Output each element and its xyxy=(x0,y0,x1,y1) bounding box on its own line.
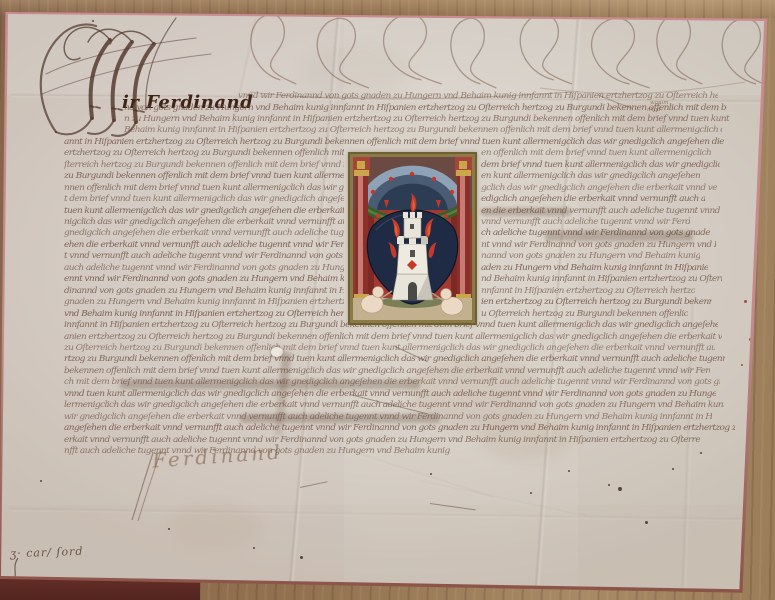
script-line: t dem brief vnnd tuen kunt allermenigcli… xyxy=(64,194,344,205)
ink-spot xyxy=(700,452,702,454)
script-line: en kunt allermenigclich das wir gnedigcl… xyxy=(481,171,700,182)
ink-spot xyxy=(253,547,255,549)
script-line: annt in Hiſpanien ertzhertzog zu Oſterre… xyxy=(64,137,724,148)
chancery-note-line1: wanim xyxy=(650,100,669,106)
dark-ink-passage xyxy=(545,231,693,241)
loop-flourish xyxy=(520,14,572,84)
script-line: t vnnd vernunfft auch adeliche tugennt v… xyxy=(64,251,344,262)
photo-of-charter: ir Ferdinand vnnd wir Ferdinannd von got… xyxy=(0,0,775,600)
ink-spot xyxy=(530,492,532,494)
script-line: ien ertzhertzog zu Oſterreich hertzog zu… xyxy=(481,297,712,308)
script-line: dinannd von gots gnaden zu Hungern vnd B… xyxy=(64,286,344,297)
ink-spot xyxy=(645,521,648,524)
loop-flourish xyxy=(657,14,702,84)
script-line: nigclich das wir gnedigclich angeſehen d… xyxy=(64,217,344,228)
script-line: nnfannt in Hiſpanien ertzhertzog zu Oſte… xyxy=(481,286,695,297)
loop-flourish xyxy=(251,14,296,84)
script-line: gnaden zu Hungern vnd Behaim kunig innfa… xyxy=(64,297,344,308)
script-line: Behaim kunig innfannt in Hiſpanien ertzh… xyxy=(124,125,722,136)
script-line: gclich das wir gnedigclich angeſehen die… xyxy=(481,183,717,194)
ink-spot xyxy=(92,20,94,22)
script-line: vnnd tuen kunt allermenigclich das wir g… xyxy=(64,389,716,400)
script-line: auch adeliche tugennt vnnd wir Ferdinann… xyxy=(64,263,344,274)
ink-spot xyxy=(300,556,303,559)
dark-ink-passage xyxy=(240,414,440,423)
script-line: nt vnnd wir Ferdinannd von gots gnaden z… xyxy=(481,240,716,251)
illuminated-miniature xyxy=(348,152,477,325)
chancery-note-line2: nkod xyxy=(647,107,661,113)
script-line: vnnd vernunfft auch adeliche tugennt vnn… xyxy=(481,217,690,228)
script-line: nd Behaim kunig innfannt in Hiſpanien er… xyxy=(481,274,722,285)
script-line: vnd Behaim kunig innfannt in Hiſpanien e… xyxy=(64,309,344,320)
script-line: erkait vnnd vernunfft auch adeliche tuge… xyxy=(64,435,700,446)
ink-spot xyxy=(430,473,432,475)
script-line: aden zu Hungern vnd Behaim kunig innfann… xyxy=(481,263,708,274)
script-line: bekennen offenlich mit dem brief vnnd tu… xyxy=(64,366,710,377)
tower-door xyxy=(408,282,417,300)
script-line: n zu Hungern vnd Behaim kunig innfannt i… xyxy=(124,114,730,125)
ink-spot xyxy=(672,468,674,470)
script-line: anien ertzhertzog zu Oſterreich hertzog … xyxy=(64,332,722,343)
script-line: ennt vnnd wir Ferdinannd von gots gnaden… xyxy=(64,274,344,285)
dark-ink-passage xyxy=(481,208,571,216)
scratch-mark xyxy=(300,481,328,488)
script-line: nnen offenlich mit dem brief vnnd tuen k… xyxy=(64,183,344,194)
script-line: edigclich angeſehen die erberkait vnnd v… xyxy=(481,194,705,205)
script-line: dem brief vnnd tuen kunt allermenigclich… xyxy=(481,160,720,171)
loop-flourish xyxy=(317,18,369,88)
script-line: vnnd wir Ferdinannd von gots gnaden zu H… xyxy=(238,91,718,102)
script-line: nannd von gots gnaden zu Hungern vnd Beh… xyxy=(481,251,700,262)
script-line: zu Burgundi bekennen offenlich mit dem b… xyxy=(64,171,344,182)
script-line: ertzhertzog zu Oſterreich hertzog zu Bur… xyxy=(64,148,344,159)
fold-crease-horizontal xyxy=(10,508,750,521)
ink-spot xyxy=(568,470,570,472)
loop-flourish xyxy=(592,18,650,88)
scratch-mark xyxy=(430,503,476,510)
fold-crease-diagonal xyxy=(419,480,586,518)
ink-spot xyxy=(618,487,622,491)
ink-spot xyxy=(741,364,743,366)
script-line: nd von gots gnaden zu Hungern vnd Behaim… xyxy=(124,103,727,114)
script-line: tuen kunt allermenigclich das wir gnedig… xyxy=(64,206,344,217)
script-line: angeſehen die erberkait vnnd vernunfft a… xyxy=(64,423,735,434)
ink-spot xyxy=(168,528,170,530)
dark-ink-passage xyxy=(120,380,420,389)
script-line: ſterreich hertzog zu Burgundi bekennen o… xyxy=(64,160,344,171)
script-line: u Oſterreich hertzog zu Burgundi bekenne… xyxy=(481,309,688,320)
loop-flourish xyxy=(384,14,442,84)
ink-spot xyxy=(608,484,610,486)
ink-spot xyxy=(744,300,747,303)
parchment: ir Ferdinand vnnd wir Ferdinannd von got… xyxy=(0,0,775,600)
script-line: ehen die erberkait vnnd vernunfft auch a… xyxy=(64,240,344,251)
loop-flourish xyxy=(451,18,496,88)
script-line: zu Oſterreich hertzog zu Burgundi bekenn… xyxy=(64,343,715,354)
script-line: en offenlich mit dem brief vnnd tuen kun… xyxy=(481,148,713,159)
script-line: gnedigclich angeſehen die erberkait vnnd… xyxy=(64,228,344,239)
script-line: rtzog zu Burgundi bekennen offenlich mit… xyxy=(64,354,725,365)
ink-spot xyxy=(40,480,42,482)
